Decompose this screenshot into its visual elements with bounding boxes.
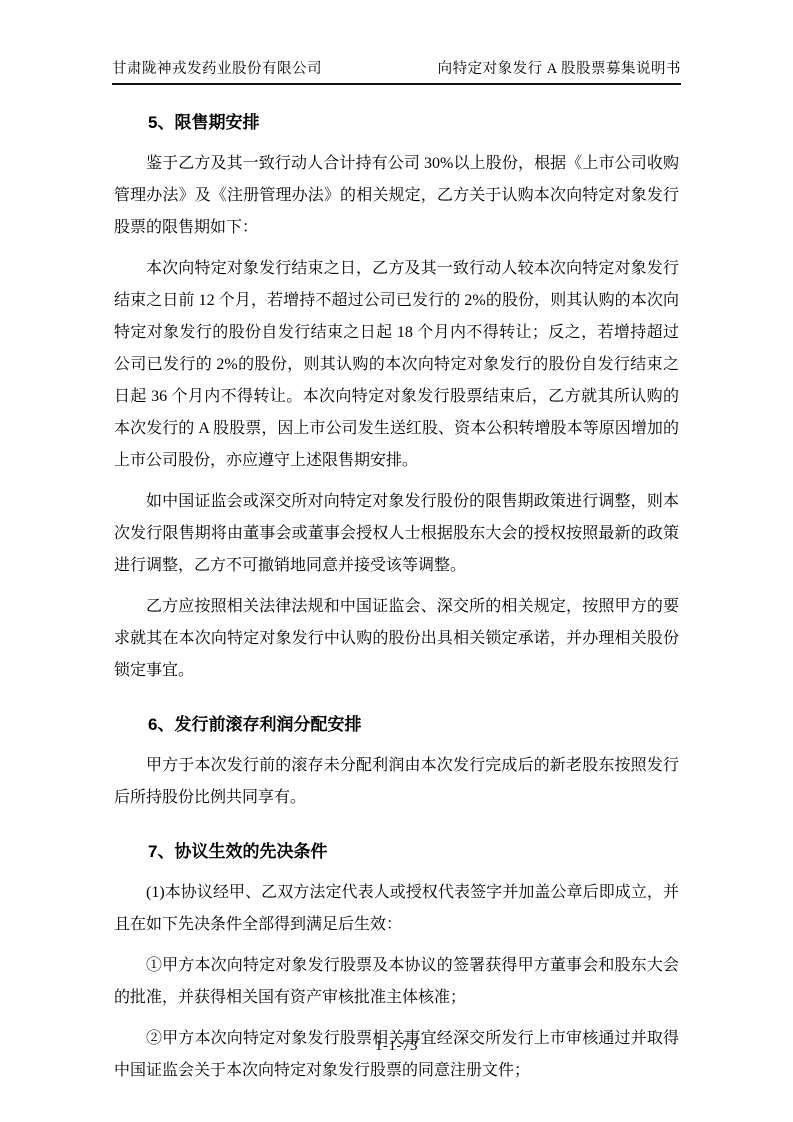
paragraph-lockup-intro: 鉴于乙方及其一致行动人合计持有公司 30%以上股份，根据《上市公司收购管理办法》… xyxy=(114,148,679,244)
header-company-name: 甘肃陇神戎发药业股份有限公司 xyxy=(112,57,322,78)
paragraph-lockup-policy-adjustment: 如中国证监会或深交所对向特定对象发行股份的限售期政策进行调整，则本次发行限售期将… xyxy=(114,486,679,582)
paragraph-conditions-intro: (1)本协议经甲、乙双方法定代表人或授权代表签字并加盖公章后即成立，并且在如下先… xyxy=(114,877,679,941)
document-body: 5、限售期安排 鉴于乙方及其一致行动人合计持有公司 30%以上股份，根据《上市公… xyxy=(114,110,679,1087)
paragraph-lockup-terms: 本次向特定对象发行结束之日，乙方及其一致行动人较本次向特定对象发行结束之日前 1… xyxy=(114,253,679,477)
section-heading-retained-profit: 6、发行前滚存利润分配安排 xyxy=(114,712,679,738)
paragraph-condition-1: ①甲方本次向特定对象发行股票及本协议的签署获得甲方董事会和股东大会的批准，并获得… xyxy=(114,950,679,1014)
header-doc-title: 向特定对象发行 A 股股票募集说明书 xyxy=(438,57,681,78)
section-heading-effective-conditions: 7、协议生效的先决条件 xyxy=(114,839,679,865)
paragraph-condition-2: ②甲方本次向特定对象发行股票相关事宜经深交所发行上市审核通过并取得中国证监会关于… xyxy=(114,1023,679,1087)
page-footer: 1-1-73 xyxy=(0,1038,793,1055)
page-header: 甘肃陇神戎发药业股份有限公司 向特定对象发行 A 股股票募集说明书 xyxy=(112,0,681,85)
document-page: 甘肃陇神戎发药业股份有限公司 向特定对象发行 A 股股票募集说明书 5、限售期安… xyxy=(0,0,793,1122)
paragraph-lockup-commitment: 乙方应按照相关法律法规和中国证监会、深交所的相关规定，按照甲方的要求就其在本次向… xyxy=(114,591,679,687)
page-number: 1-1-73 xyxy=(375,1038,418,1054)
paragraph-retained-profit: 甲方于本次发行前的滚存未分配利润由本次发行完成后的新老股东按照发行后所持股份比例… xyxy=(114,750,679,814)
section-heading-lockup-arrangement: 5、限售期安排 xyxy=(114,110,679,136)
